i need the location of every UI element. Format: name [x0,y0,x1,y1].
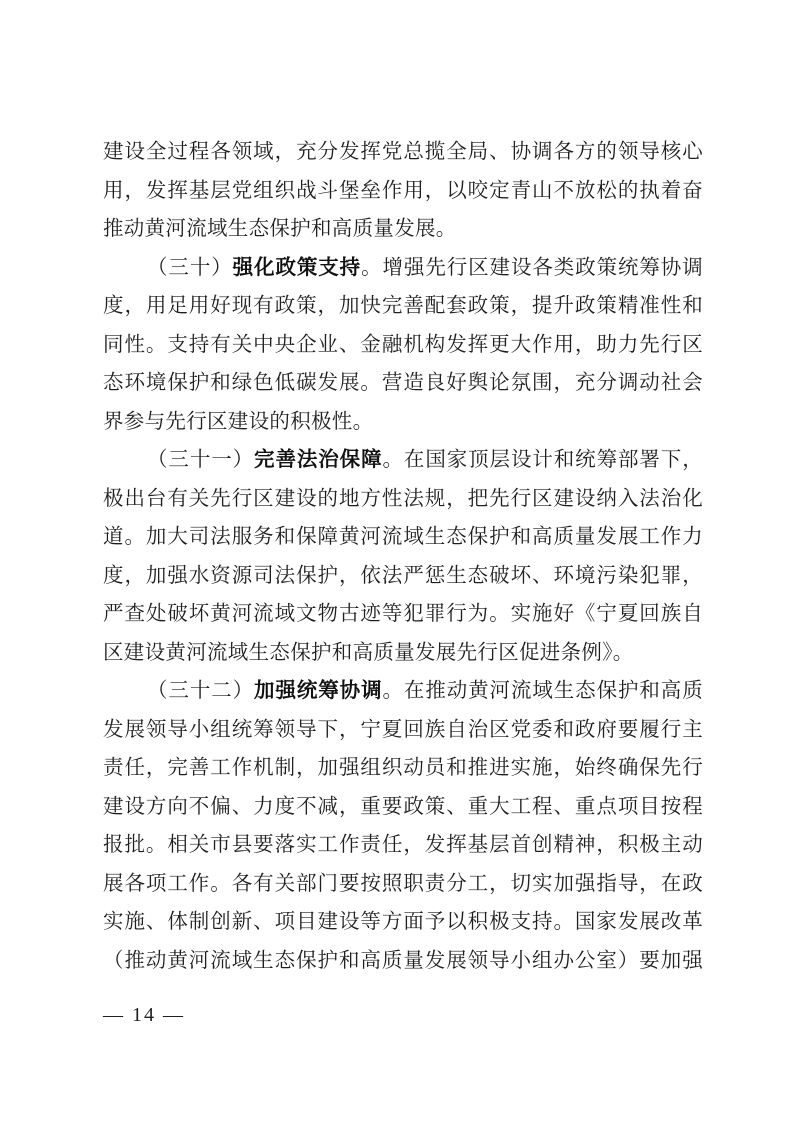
section-heading-line: （三十二）加强统筹协调。在推动黄河流域生态保护和高质量 [103,672,703,711]
section-title: 强化政策支持 [233,257,361,279]
section-heading-line: （三十一）完善法治保障。在国家顶层设计和统筹部署下，积 [103,441,703,480]
text-line: 极出台有关先行区建设的地方性法规，把先行区建设纳入法治化轨 [103,480,703,519]
section-number: （三十） [147,257,233,279]
text-line: 建设全过程各领域，充分发挥党总揽全局、协调各方的领导核心作 [103,133,703,172]
text-line: 度，用足用好现有政策，加快完善配套政策，提升政策精准性和协 [103,287,703,326]
text-line: 责任，完善工作机制，加强组织动员和推进实施，始终确保先行区 [103,749,703,788]
paragraph-section-30: （三十）强化政策支持。增强先行区建设各类政策统筹协调力 度，用足用好现有政策，加… [103,249,703,442]
text-line: 发展领导小组统筹领导下，宁夏回族自治区党委和政府要履行主体 [103,711,703,750]
text-line: 报批。相关市县要落实工作责任，发挥基层首创精神，积极主动开 [103,826,703,865]
document-body: 建设全过程各领域，充分发挥党总揽全局、协调各方的领导核心作 用，发挥基层党组织战… [103,133,703,980]
text-line: 度，加强水资源司法保护，依法严惩生态破坏、环境污染犯罪，从 [103,557,703,596]
text-line: 严查处破坏黄河流域文物古迹等犯罪行为。实施好《宁夏回族自治 [103,595,703,634]
text-line: 建设方向不偏、力度不减，重要政策、重大工程、重点项目按程序 [103,788,703,827]
paragraph-section-31: （三十一）完善法治保障。在国家顶层设计和统筹部署下，积 极出台有关先行区建设的地… [103,441,703,672]
text-line: 实施、体制创新、项目建设等方面予以积极支持。国家发展改革委 [103,903,703,942]
section-title: 加强统筹协调 [254,680,382,702]
page-number: — 14 — [103,1000,185,1030]
section-heading-line: （三十）强化政策支持。增强先行区建设各类政策统筹协调力 [103,249,703,288]
section-number: （三十二） [147,680,254,702]
section-title: 完善法治保障 [254,449,382,471]
text-line: （推动黄河流域生态保护和高质量发展领导小组办公室）要加强协 [103,942,703,981]
paragraph-continuation: 建设全过程各领域，充分发挥党总揽全局、协调各方的领导核心作 用，发挥基层党组织战… [103,133,703,249]
text-line: 用，发挥基层党组织战斗堡垒作用，以咬定青山不放松的执着奋力 [103,172,703,211]
text-line: 道。加大司法服务和保障黄河流域生态保护和高质量发展工作力 [103,518,703,557]
text-line: 态环境保护和绿色低碳发展。营造良好舆论氛围，充分调动社会各 [103,364,703,403]
text-line: 区建设黄河流域生态保护和高质量发展先行区促进条例》。 [103,634,703,673]
section-number: （三十一） [147,449,254,471]
text-line: 推动黄河流域生态保护和高质量发展。 [103,210,703,249]
text-line: 界参与先行区建设的积极性。 [103,403,703,442]
document-page: 建设全过程各领域，充分发挥党总揽全局、协调各方的领导核心作 用，发挥基层党组织战… [0,0,800,1131]
text-line: 展各项工作。各有关部门要按照职责分工，切实加强指导，在政策 [103,865,703,904]
paragraph-section-32: （三十二）加强统筹协调。在推动黄河流域生态保护和高质量 发展领导小组统筹领导下，… [103,672,703,980]
text-line: 同性。支持有关中央企业、金融机构发挥更大作用，助力先行区生 [103,326,703,365]
